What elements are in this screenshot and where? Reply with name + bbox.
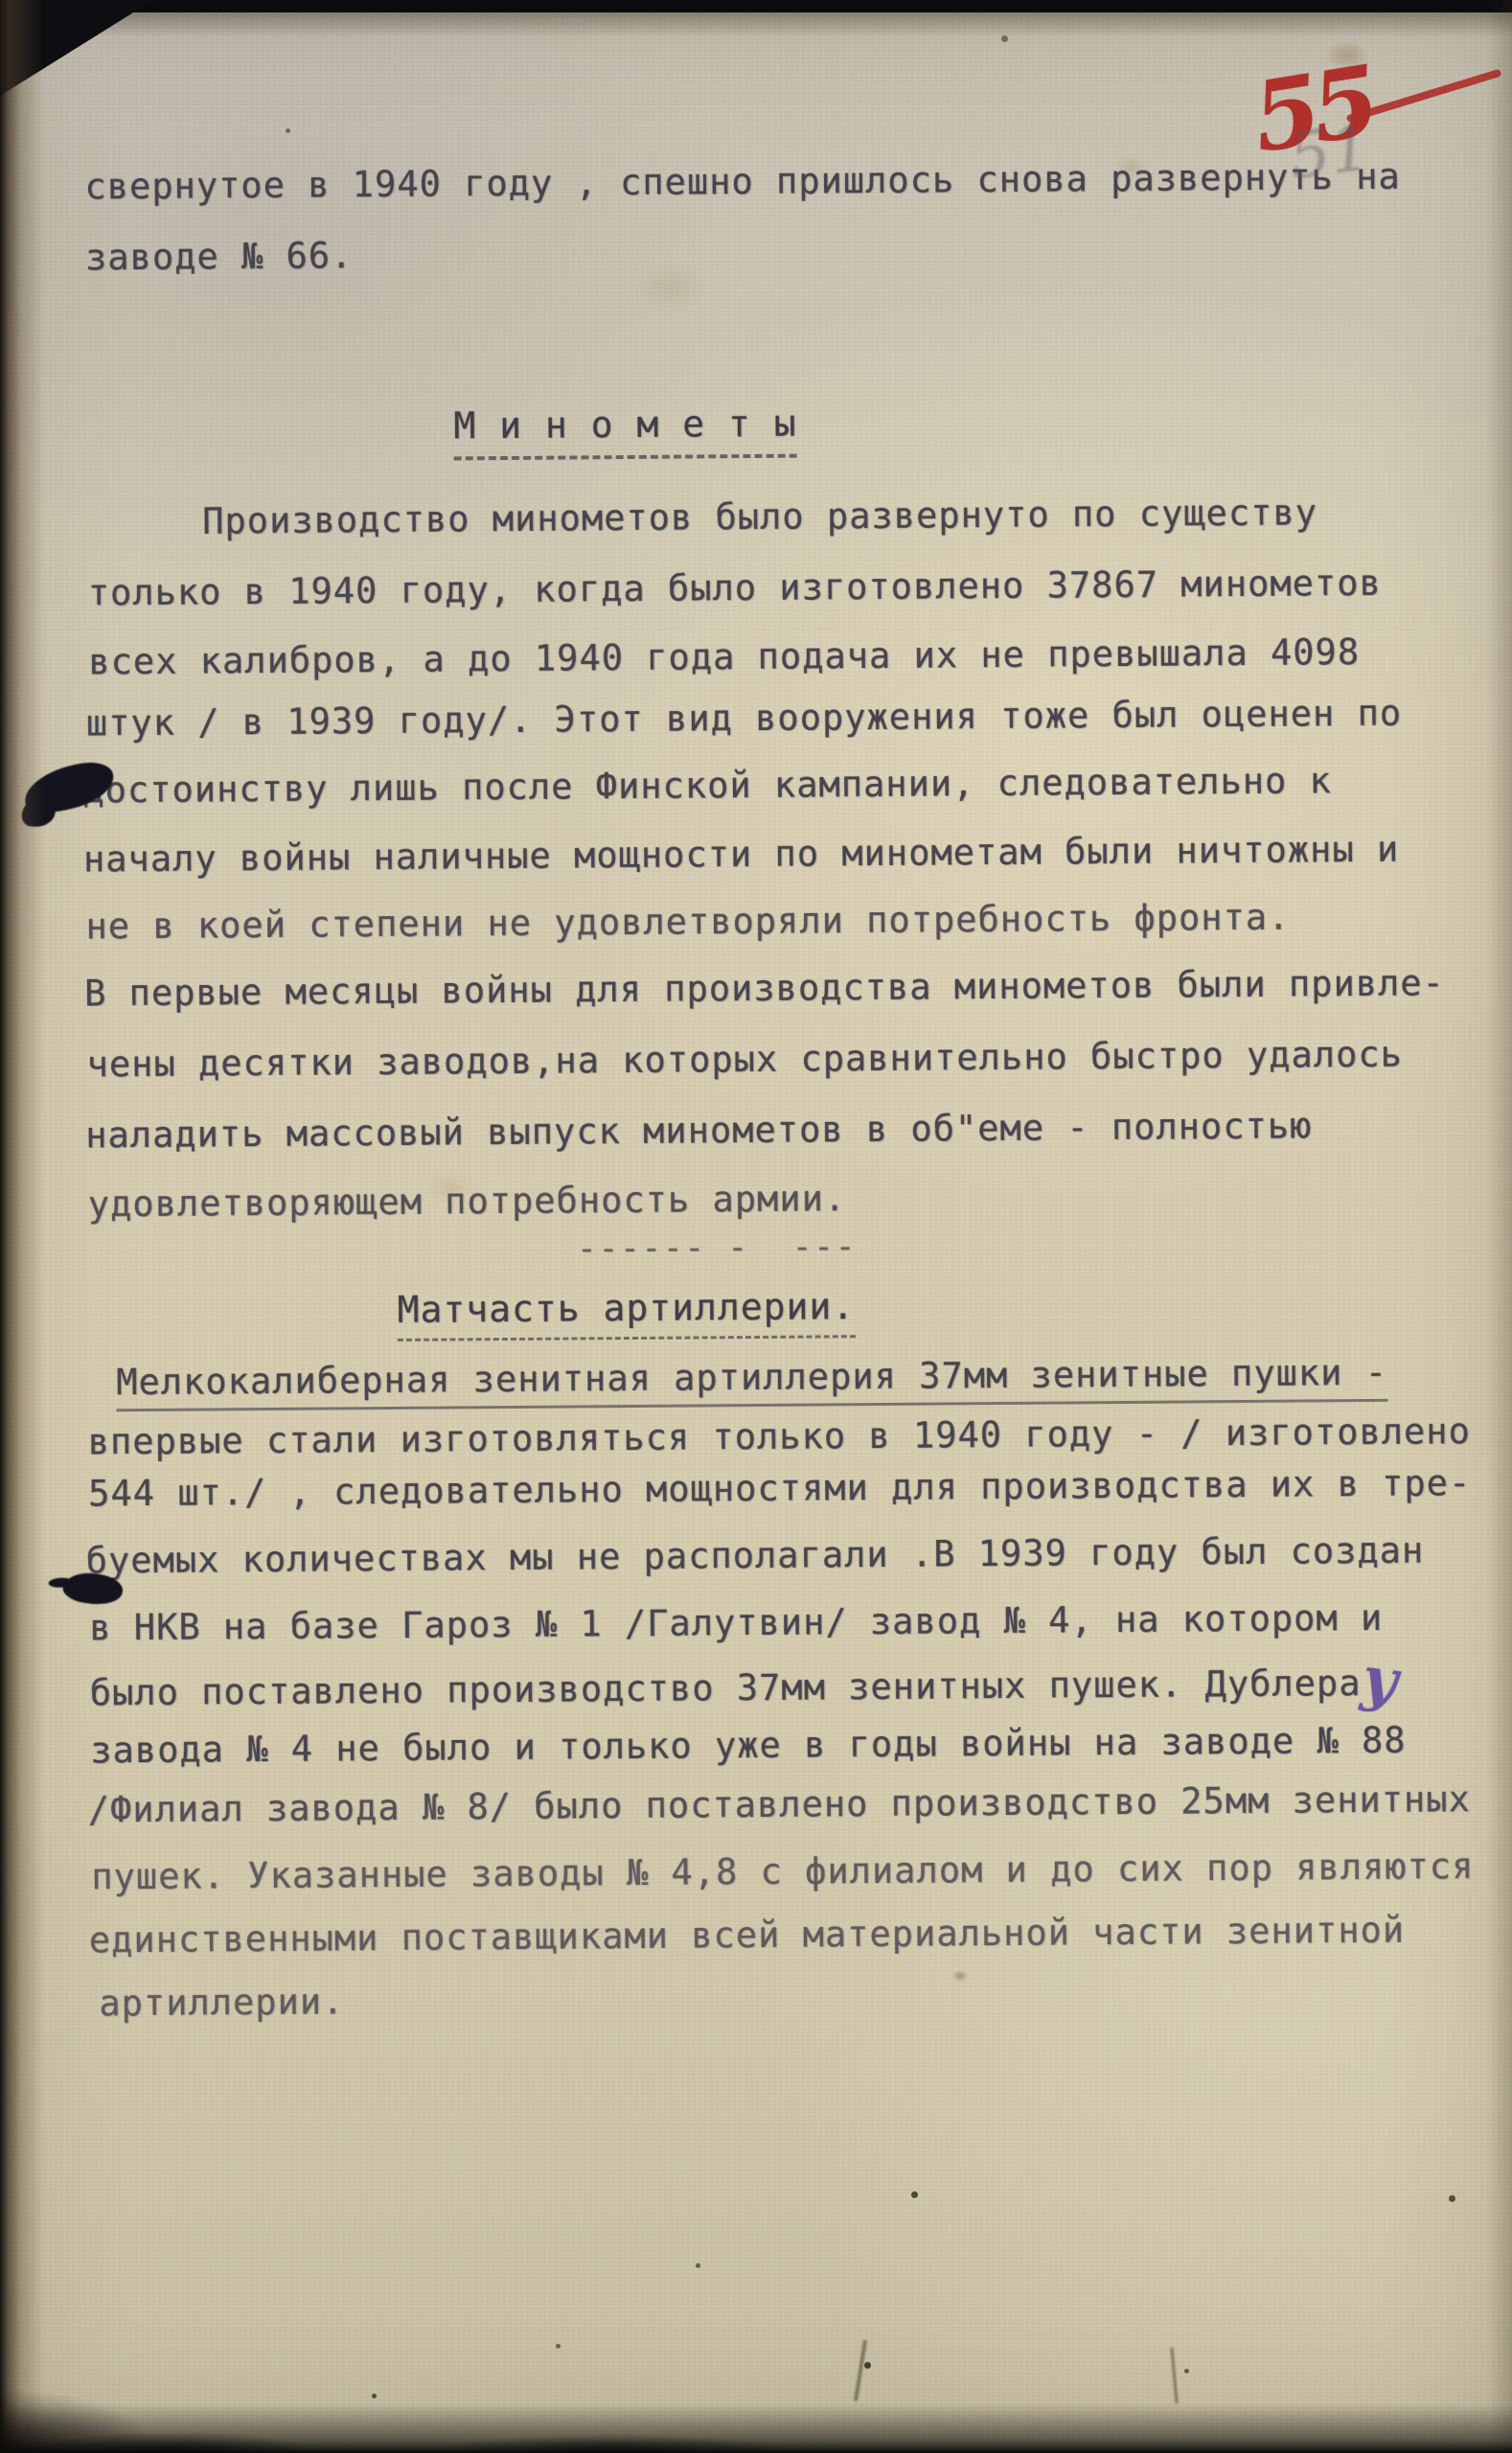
- typed-line-underlined: Мелкокалиберная зенитная артиллерия 37мм…: [116, 1352, 1387, 1411]
- typed-line: удовлетворяющем потребность армии.: [88, 1178, 847, 1225]
- typed-line: артиллерии.: [99, 1981, 344, 2024]
- typed-line: /Филиал завода № 8/ было поставлено прои…: [88, 1778, 1471, 1830]
- typed-line: чены десятки заводов,на которых сравните…: [86, 1034, 1403, 1086]
- typed-line: впервые стали изготовляться только в 194…: [88, 1410, 1471, 1462]
- typed-text-layer: свернутое в 1940 году , спешно пришлось …: [0, 0, 1512, 2453]
- pencil-page-number: 51: [1286, 110, 1375, 194]
- typed-line: не в коей степени не удовлетворяли потре…: [85, 897, 1290, 948]
- typed-line: было поставлено производство 37мм зенитн…: [90, 1662, 1362, 1713]
- typed-line: буемых количествах мы не располагали .В …: [86, 1530, 1425, 1582]
- handwritten-letter-u: у: [1359, 1648, 1401, 1711]
- typed-line: началу войны наличные мощности по миноме…: [83, 829, 1400, 881]
- typed-line: завода № 4 не было и только уже в годы в…: [90, 1720, 1407, 1772]
- typed-line: наладить массовый выпуск минометов в об"…: [85, 1105, 1312, 1156]
- scan-edge-right: [1487, 0, 1512, 2453]
- typed-line: заводе № 66.: [85, 235, 354, 278]
- section-heading-artillery-materiel: Матчасть артиллерии.: [398, 1285, 856, 1341]
- typed-line: всех калибров, а до 1940 года подача их …: [88, 631, 1360, 682]
- scan-corner-bottom-left: [0, 2367, 211, 2453]
- typed-line: только в 1940 году, когда было изготовле…: [88, 562, 1382, 614]
- scan-edge-top-shadow: [0, 12, 1512, 37]
- typed-line: Производство минометов было развернуто п…: [202, 492, 1317, 541]
- scan-canvas: свернутое в 1940 году , спешно пришлось …: [0, 0, 1512, 2453]
- typed-line: штук / в 1939 году/. Этот вид вооружения…: [86, 693, 1403, 745]
- typed-line: 544 шт./ , следовательно мощностями для …: [88, 1462, 1471, 1514]
- scan-edge-top: [0, 0, 1512, 12]
- typed-line: В первые месяцы войны для производства м…: [84, 962, 1445, 1014]
- scan-edge-bottom: [0, 2403, 1512, 2453]
- typed-line: единственными поставщиками всей материал…: [89, 1910, 1406, 1961]
- typed-line: свернутое в 1940 году , спешно пришлось …: [84, 156, 1401, 208]
- scan-edge-left: [0, 0, 44, 2453]
- section-divider: ------ - ---: [577, 1227, 857, 1268]
- typed-line: в НКВ на базе Гароз № 1 /Галутвин/ завод…: [89, 1597, 1383, 1649]
- document-page: свернутое в 1940 году , спешно пришлось …: [0, 0, 1512, 2453]
- typed-line: достоинству лишь после Финской кампании,…: [82, 760, 1332, 811]
- typed-line: пушек. Указанные заводы № 4,8 с филиалом…: [91, 1845, 1474, 1897]
- section-heading-mortars: М и н о м е т ы: [453, 402, 797, 461]
